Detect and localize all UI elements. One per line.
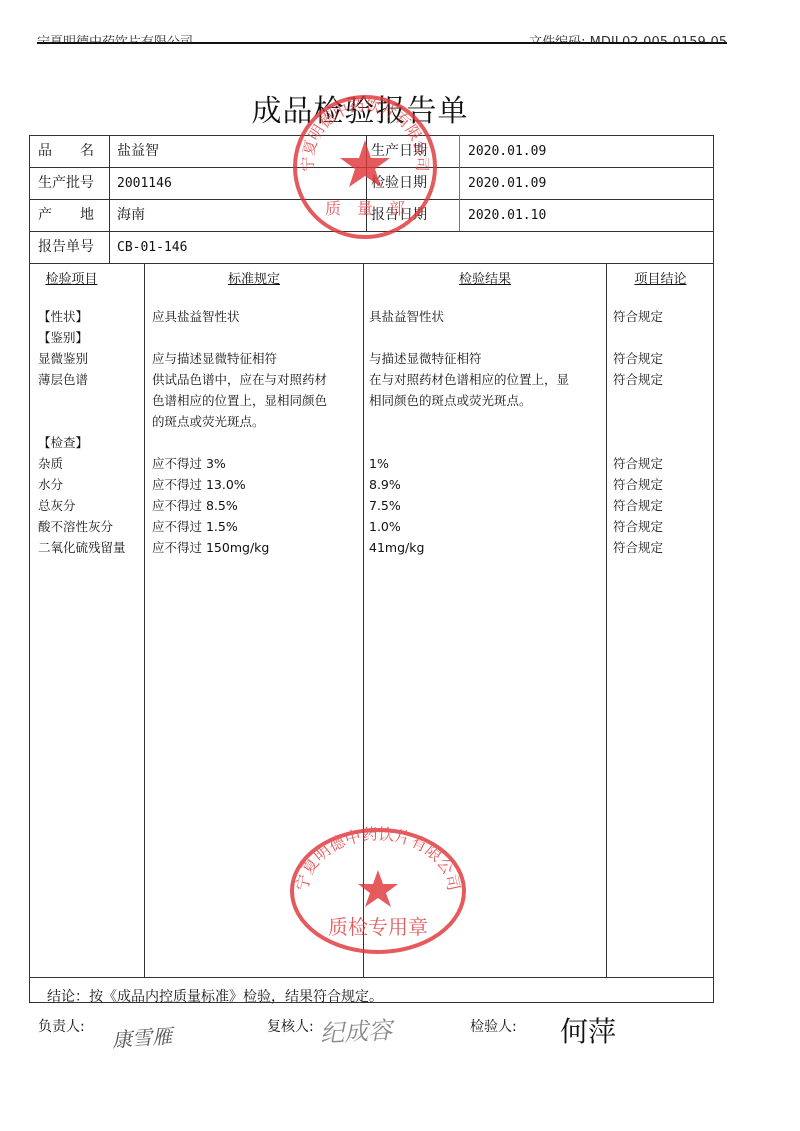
standard-text: 应不得过 1.5%: [152, 516, 238, 537]
prod-date-value: 2020.01.09: [468, 145, 546, 158]
test-item: 【检查】: [38, 432, 88, 453]
result-text: 与描述显微特征相符: [369, 348, 482, 369]
item-conclusion: 符合规定: [613, 369, 663, 390]
item-conclusion: 符合规定: [613, 348, 663, 369]
divider: [109, 135, 110, 263]
standard-text: 供试品色谱中，应在与对照药材: [152, 369, 327, 390]
standard-text: 应不得过 150mg/kg: [152, 537, 269, 558]
standard-text: 色谱相应的位置上，显相同颜色: [152, 390, 327, 411]
origin-label: 产 地: [38, 208, 94, 222]
inspector-label: 检验人:: [470, 1016, 517, 1036]
company-name: 宁夏明德中药饮片有限公司: [37, 31, 193, 42]
batch-label: 生产批号: [38, 176, 94, 190]
test-item: 薄层色谱: [38, 369, 88, 390]
standard-text: 的斑点或荧光斑点。: [152, 411, 265, 432]
divider: [363, 263, 364, 977]
result-text: 1.0%: [369, 516, 401, 537]
report-no-value: CB-01-146: [117, 241, 187, 254]
divider: [366, 135, 367, 231]
product-name-label: 品 名: [38, 144, 94, 158]
item-conclusion: 符合规定: [613, 474, 663, 495]
product-name-value: 盐益智: [117, 144, 159, 158]
page-title: 成品检验报告单: [0, 86, 720, 130]
standard-text: 应不得过 8.5%: [152, 495, 238, 516]
divider: [144, 263, 145, 977]
prod-date-label: 生产日期: [371, 144, 427, 158]
divider: [29, 231, 714, 232]
col-header-result: 检验结果: [364, 268, 606, 287]
reviewer-label: 复核人:: [267, 1016, 314, 1036]
test-item: 【性状】: [38, 306, 88, 327]
result-text: 1%: [369, 453, 389, 474]
standard-text: 应与描述显微特征相符: [152, 348, 277, 369]
report-no-label: 报告单号: [38, 240, 94, 254]
standard-text: 应具盐益智性状: [152, 306, 240, 327]
standard-text: 应不得过 3%: [152, 453, 226, 474]
report-date-label: 报告日期: [371, 208, 427, 222]
item-conclusion: 符合规定: [613, 306, 663, 327]
item-conclusion: 符合规定: [613, 495, 663, 516]
result-text: 8.9%: [369, 474, 401, 495]
divider: [459, 135, 460, 231]
result-text: 7.5%: [369, 495, 401, 516]
col-header-item: 检验项目: [29, 268, 114, 287]
result-text: 41mg/kg: [369, 537, 424, 558]
item-conclusion: 符合规定: [613, 537, 663, 558]
test-item: 【鉴别】: [38, 327, 88, 348]
test-item: 显微鉴别: [38, 348, 88, 369]
test-date-value: 2020.01.09: [468, 177, 546, 190]
conclusion-text: 结论：按《成品内控质量标准》检验，结果符合规定。: [47, 986, 383, 1006]
file-code: 文件编码: MDJL02-005-0159-05: [529, 31, 727, 42]
inspector-signature: 何萍: [560, 1010, 616, 1050]
result-text: 相同颜色的斑点或荧光斑点。: [369, 390, 532, 411]
result-text: 具盐益智性状: [369, 306, 444, 327]
report-date-value: 2020.01.10: [468, 209, 546, 222]
test-item: 杂质: [38, 453, 63, 474]
test-item: 酸不溶性灰分: [38, 516, 113, 537]
report-table: [29, 135, 714, 1003]
test-item: 总灰分: [38, 495, 76, 516]
origin-value: 海南: [117, 208, 145, 222]
file-code-header: 文件编码: MDJL02-005-0159-05: [480, 0, 727, 42]
batch-value: 2001146: [117, 177, 172, 190]
test-item: 二氧化硫残留量: [38, 537, 126, 558]
test-item: 水分: [38, 474, 63, 495]
test-date-label: 检验日期: [371, 176, 427, 190]
standard-text: 应不得过 13.0%: [152, 474, 246, 495]
company-header: 宁夏明德中药饮片有限公司: [37, 0, 337, 42]
responsible-signature: 康雪雁: [111, 1020, 173, 1053]
divider: [29, 977, 714, 978]
result-text: 在与对照药材色谱相应的位置上，显: [369, 369, 569, 390]
header-rule: [37, 42, 727, 44]
item-conclusion: 符合规定: [613, 453, 663, 474]
divider: [29, 199, 714, 200]
col-header-standard: 标准规定: [145, 268, 363, 287]
item-conclusion: 符合规定: [613, 516, 663, 537]
divider: [606, 263, 607, 977]
responsible-label: 负责人:: [38, 1016, 85, 1036]
reviewer-signature: 纪成容: [319, 1010, 393, 1049]
col-header-conclusion: 项目结论: [607, 268, 714, 287]
divider: [29, 263, 714, 264]
divider: [29, 167, 714, 168]
